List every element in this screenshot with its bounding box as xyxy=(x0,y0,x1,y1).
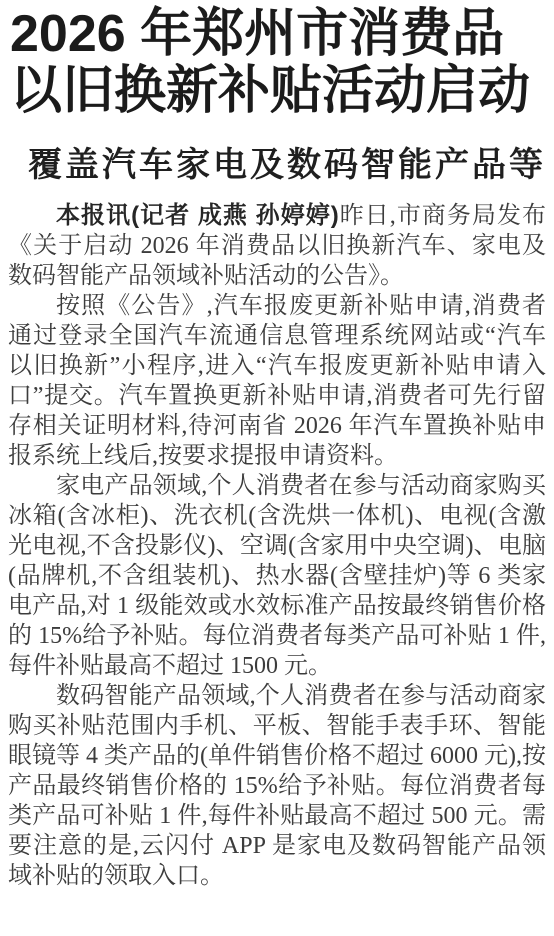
article-body: 本报讯(记者 成燕 孙婷婷)昨日,市商务局发布《关于启动 2026 年消费品以旧… xyxy=(8,201,546,891)
article-subheadline: 覆盖汽车家电及数码智能产品等 xyxy=(28,145,546,185)
newspaper-article-page: 2026 年郑州市消费品 以旧换新补贴活动启动 覆盖汽车家电及数码智能产品等 本… xyxy=(0,0,554,936)
article-headline: 2026 年郑州市消费品 以旧换新补贴活动启动 xyxy=(8,6,546,120)
article-paragraph-1: 本报讯(记者 成燕 孙婷婷)昨日,市商务局发布《关于启动 2026 年消费品以旧… xyxy=(8,201,546,291)
headline-line-1: 2026 年郑州市消费品 xyxy=(10,6,546,63)
byline-lead: 本报讯(记者 成燕 孙婷婷) xyxy=(56,202,339,229)
headline-line-2: 以旧换新补贴活动启动 xyxy=(10,63,546,120)
article-paragraph-3: 家电产品领域,个人消费者在参与活动商家购买冰箱(含冰柜)、洗衣机(含洗烘一体机)… xyxy=(8,471,546,681)
article-paragraph-2: 按照《公告》,汽车报废更新补贴申请,消费者通过登录全国汽车流通信息管理系统网站或… xyxy=(8,291,546,471)
article-paragraph-4: 数码智能产品领域,个人消费者在参与活动商家购买补贴范围内手机、平板、智能手表手环… xyxy=(8,681,546,891)
